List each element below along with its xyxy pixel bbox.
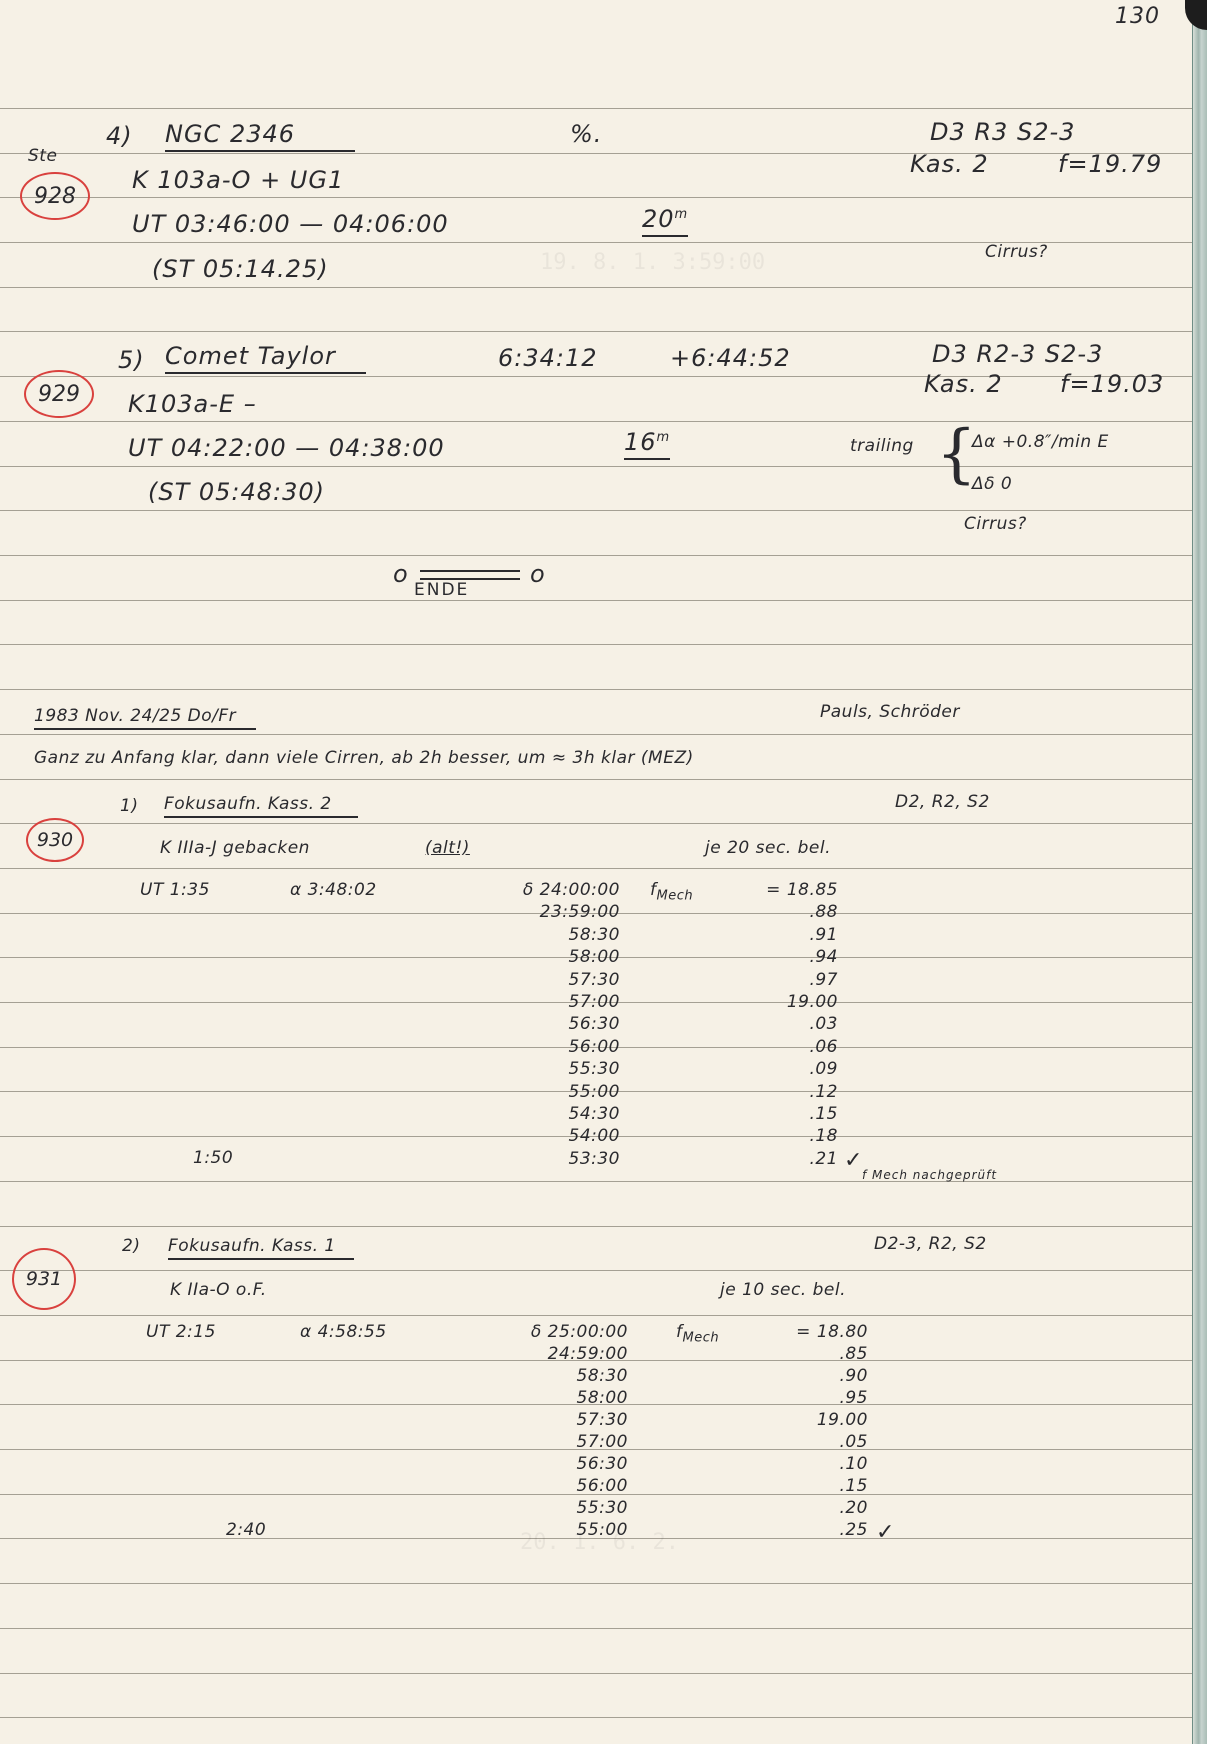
focus-row-f: .03 — [809, 1014, 838, 1034]
series-alpha: α 3:48:02 — [290, 880, 377, 900]
focus-row-f: .06 — [809, 1037, 838, 1057]
ut-range: UT 04:22:00 — 04:38:00 — [128, 434, 445, 462]
focus-row-f: .10 — [839, 1454, 868, 1474]
trailing-label: trailing — [850, 436, 914, 456]
focus-row-delta: 55:00 — [569, 1082, 621, 1102]
focus-row-delta: 57:00 — [577, 1432, 629, 1452]
ruled-line — [0, 868, 1193, 869]
series-ut-start: UT 2:15 — [146, 1322, 216, 1342]
trailing-dec: Δδ 0 — [972, 474, 1012, 494]
focus-row-delta: 24:59:00 — [548, 1344, 628, 1364]
plate-number-circle: 928 — [20, 172, 90, 220]
series-exposure-note: je 20 sec. bel. — [705, 838, 831, 858]
ruled-line — [0, 689, 1193, 690]
ruled-line — [0, 779, 1193, 780]
sidereal-time: (ST 05:14.25) — [152, 255, 329, 283]
focus-row-delta: δ 25:00:00 — [531, 1322, 628, 1342]
focus-row-f: .88 — [809, 902, 838, 922]
series-ut-start: UT 1:35 — [140, 880, 210, 900]
plate-number: 928 — [34, 184, 76, 209]
focus-row-f: = 18.85 — [766, 880, 838, 900]
f-subscript: Mech — [683, 1330, 720, 1345]
plate-number-circle: 929 — [24, 370, 94, 418]
plate-number: 931 — [26, 1268, 62, 1290]
focus-row-f: .95 — [839, 1388, 868, 1408]
seeing-conditions: D3 R3 S2-3 — [930, 118, 1075, 146]
object-name: Comet Taylor — [165, 342, 366, 374]
focus-row-f: .97 — [809, 970, 838, 990]
check-note: f Mech nachgeprüft — [862, 1168, 997, 1182]
ende-left-circle: o — [393, 560, 409, 588]
series-conditions: D2-3, R2, S2 — [874, 1234, 987, 1254]
series-title: Fokusaufn. Kass. 2 — [164, 794, 358, 818]
focus-row-delta: 56:00 — [569, 1037, 621, 1057]
page-corner — [1185, 0, 1207, 30]
series-emulsion-note: (alt!) — [425, 838, 470, 858]
focus-row-f: .12 — [809, 1082, 838, 1102]
ruled-line — [0, 466, 1193, 467]
ruled-line — [0, 734, 1193, 735]
sidereal-time: (ST 05:48:30) — [148, 478, 325, 506]
weather-note: Ganz zu Anfang klar, dann viele Cirren, … — [34, 748, 694, 768]
focus-row-delta: 58:00 — [577, 1388, 629, 1408]
remark: Cirrus? — [985, 242, 1048, 262]
focus-row-f: .05 — [839, 1432, 868, 1452]
focus-row-delta: δ 24:00:00 — [523, 880, 620, 900]
series-ut-end: 2:40 — [226, 1520, 266, 1540]
focus-row-delta: 53:30 — [569, 1149, 621, 1169]
bleed-through: 19. 8. 1. 3:59:00 — [540, 250, 765, 275]
exposure-time: 20m — [642, 205, 688, 237]
ruled-line — [0, 1673, 1193, 1674]
plate-number-circle: 931 — [12, 1248, 76, 1310]
focus-row-f: .94 — [809, 947, 838, 967]
notebook-page: 19. 8. 1. 3:59:00 20. 1. 6. 2. 130 Ste 9… — [0, 0, 1207, 1744]
series-title: Fokusaufn. Kass. 1 — [168, 1236, 354, 1260]
ende-label: ENDE — [414, 580, 469, 600]
ruled-line — [0, 1315, 1193, 1316]
plate-number: 929 — [38, 382, 80, 407]
ruled-line — [0, 1717, 1193, 1718]
mark: %. — [570, 120, 602, 148]
ruled-line — [0, 197, 1193, 198]
exposure-unit: m — [657, 430, 671, 445]
focus-row-f: .09 — [809, 1059, 838, 1079]
exposure-value: 20 — [642, 205, 675, 233]
focus-row-f: .15 — [809, 1104, 838, 1124]
focus-row-delta: 55:30 — [569, 1059, 621, 1079]
check-mark-icon: ✓ — [876, 1520, 894, 1545]
ruled-line — [0, 1181, 1193, 1182]
focus-row-delta: 56:00 — [577, 1476, 629, 1496]
ruled-line — [0, 1226, 1193, 1227]
remark: Cirrus? — [964, 514, 1027, 534]
f-subscript: Mech — [657, 888, 694, 903]
exposure-time: 16m — [624, 428, 670, 460]
focus-row-f: = 18.80 — [796, 1322, 868, 1342]
ende-right-circle: o — [530, 560, 546, 588]
camera: Kas. 2 — [910, 150, 989, 178]
page-edge — [1192, 0, 1207, 1744]
f-mech-label: fMech — [676, 1322, 719, 1345]
focus-row-delta: 56:30 — [569, 1014, 621, 1034]
night-date: 1983 Nov. 24/25 Do/Fr — [34, 706, 256, 730]
series-item-number: 2) — [122, 1236, 140, 1256]
ruled-line — [0, 555, 1193, 556]
focus-row-f: .20 — [839, 1498, 868, 1518]
ruled-line — [0, 287, 1193, 288]
plate-number-circle: 930 — [26, 818, 84, 862]
focus-row-delta: 57:30 — [577, 1410, 629, 1430]
focus-row-f: .91 — [809, 925, 838, 945]
focus-row-delta: 55:30 — [577, 1498, 629, 1518]
emulsion: K103a-E – — [128, 390, 257, 418]
focus-row-f: .18 — [809, 1126, 838, 1146]
series-emulsion: K IIIa-J gebacken — [160, 838, 310, 858]
ruled-line — [0, 153, 1193, 154]
focus-row-f: 19.00 — [787, 992, 838, 1012]
series-exposure-note: je 10 sec. bel. — [720, 1280, 846, 1300]
focus-row-delta: 58:00 — [569, 947, 621, 967]
page-number: 130 — [1115, 4, 1160, 29]
focus-row-f: .25 — [839, 1520, 868, 1540]
series-ut-end: 1:50 — [193, 1148, 233, 1168]
ruled-line — [0, 421, 1193, 422]
seeing-conditions: D3 R2-3 S2-3 — [932, 340, 1103, 368]
ruled-line — [0, 510, 1193, 511]
ruled-line — [0, 1270, 1193, 1271]
ut-range: UT 03:46:00 — 04:06:00 — [132, 210, 449, 238]
focus-row-delta: 55:00 — [577, 1520, 629, 1540]
observers: Pauls, Schröder — [820, 702, 960, 722]
right-ascension: 6:34:12 — [498, 344, 598, 372]
declination: +6:44:52 — [670, 344, 791, 372]
ruled-line — [0, 376, 1193, 377]
ruled-line — [0, 644, 1193, 645]
focus-row-delta: 57:00 — [569, 992, 621, 1012]
ruled-line — [0, 823, 1193, 824]
emulsion: K 103a-O + UG1 — [132, 166, 344, 194]
plate-number: 930 — [37, 829, 73, 851]
focus-row-f: .15 — [839, 1476, 868, 1496]
ruled-line — [0, 1628, 1193, 1629]
ruled-line — [0, 331, 1193, 332]
series-conditions: D2, R2, S2 — [895, 792, 990, 812]
trailing-ra: Δα +0.8″/min E — [972, 432, 1109, 452]
focus-row-delta: 23:59:00 — [540, 902, 620, 922]
brace: { — [936, 422, 977, 486]
f-mech-label: fMech — [650, 880, 693, 903]
camera: Kas. 2 — [924, 370, 1003, 398]
check-mark-icon: ✓ — [844, 1148, 862, 1173]
entry-item-number: 4) — [106, 122, 133, 150]
focus-row-delta: 54:30 — [569, 1104, 621, 1124]
focus-row-f: .21 — [809, 1149, 838, 1169]
focus-row-delta: 54:00 — [569, 1126, 621, 1146]
object-name: NGC 2346 — [165, 120, 355, 152]
focus-row-f: .90 — [839, 1366, 868, 1386]
series-emulsion: K IIa-O o.F. — [170, 1280, 267, 1300]
focus-row-f: .85 — [839, 1344, 868, 1364]
focus-row-delta: 56:30 — [577, 1454, 629, 1474]
ruled-line — [0, 1583, 1193, 1584]
ruled-line — [0, 600, 1193, 601]
focus-row-delta: 58:30 — [569, 925, 621, 945]
exposure-unit: m — [675, 207, 689, 222]
ende-double-line — [420, 570, 520, 580]
series-alpha: α 4:58:55 — [300, 1322, 387, 1342]
entry-item-number: 5) — [118, 346, 145, 374]
ruled-line — [0, 108, 1193, 109]
focus-row-delta: 57:30 — [569, 970, 621, 990]
focus-row-delta: 58:30 — [577, 1366, 629, 1386]
exposure-value: 16 — [624, 428, 657, 456]
focus-row-f: 19.00 — [817, 1410, 868, 1430]
focus-value: f=19.03 — [1060, 370, 1164, 398]
margin-note: Ste — [28, 146, 57, 166]
series-item-number: 1) — [120, 796, 138, 816]
focus-value: f=19.79 — [1058, 150, 1162, 178]
